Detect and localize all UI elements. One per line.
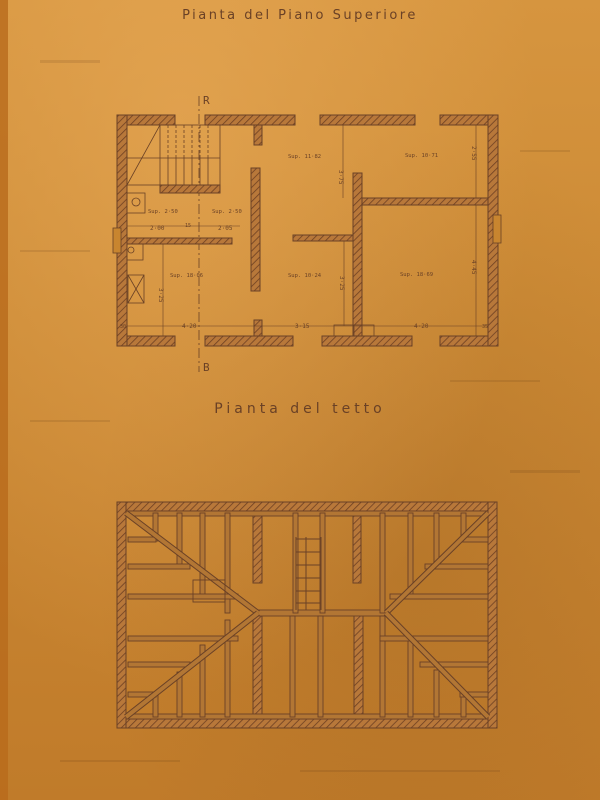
dim-200: 2·00: [150, 225, 165, 232]
dim-15: 15: [185, 223, 191, 229]
dim-315: 3·15: [295, 323, 310, 330]
dim-445: 4·45: [470, 260, 477, 275]
area-label-room-bottom-center: Sup. 10·24: [288, 273, 322, 279]
area-label-room-bottom-right: Sup. 18·69: [400, 272, 433, 278]
dim-325-center: 3·25: [338, 276, 345, 291]
dim-375: 3·75: [337, 170, 344, 185]
dim-325-left: 3·25: [157, 288, 164, 303]
roof-beams: [126, 511, 488, 719]
dim-35: 35: [482, 324, 488, 330]
section-mark-top: R: [203, 94, 210, 107]
area-label-room-small-center: Sup. 2·50: [212, 209, 242, 215]
dim-205: 2·05: [218, 225, 233, 232]
section-mark-bottom: B: [203, 361, 210, 374]
area-label-room-top-right: Sup. 10·71: [405, 153, 438, 159]
area-label-room-top-center: Sup. 11·82: [288, 154, 321, 160]
interior-walls: [127, 168, 488, 336]
area-label-room-bottom-left: Sup. 18·06: [170, 273, 203, 279]
dim-420-left: 4·20: [182, 323, 197, 330]
roof-plan: [117, 502, 497, 728]
floor-plan: [113, 96, 501, 372]
staircase: [127, 125, 220, 185]
drawing-canvas: R B Sup. 11·82 Sup. 10·71 Sup. 2·50 Sup.…: [0, 0, 600, 800]
dim-255: 2·55: [470, 146, 477, 161]
dim-420-right: 4·20: [414, 323, 429, 330]
roof-access-ladder: [296, 537, 321, 610]
exterior-walls: [117, 115, 498, 346]
area-label-room-small-left: Sup. 2·50: [148, 209, 178, 215]
dim-30: 30: [120, 324, 126, 330]
